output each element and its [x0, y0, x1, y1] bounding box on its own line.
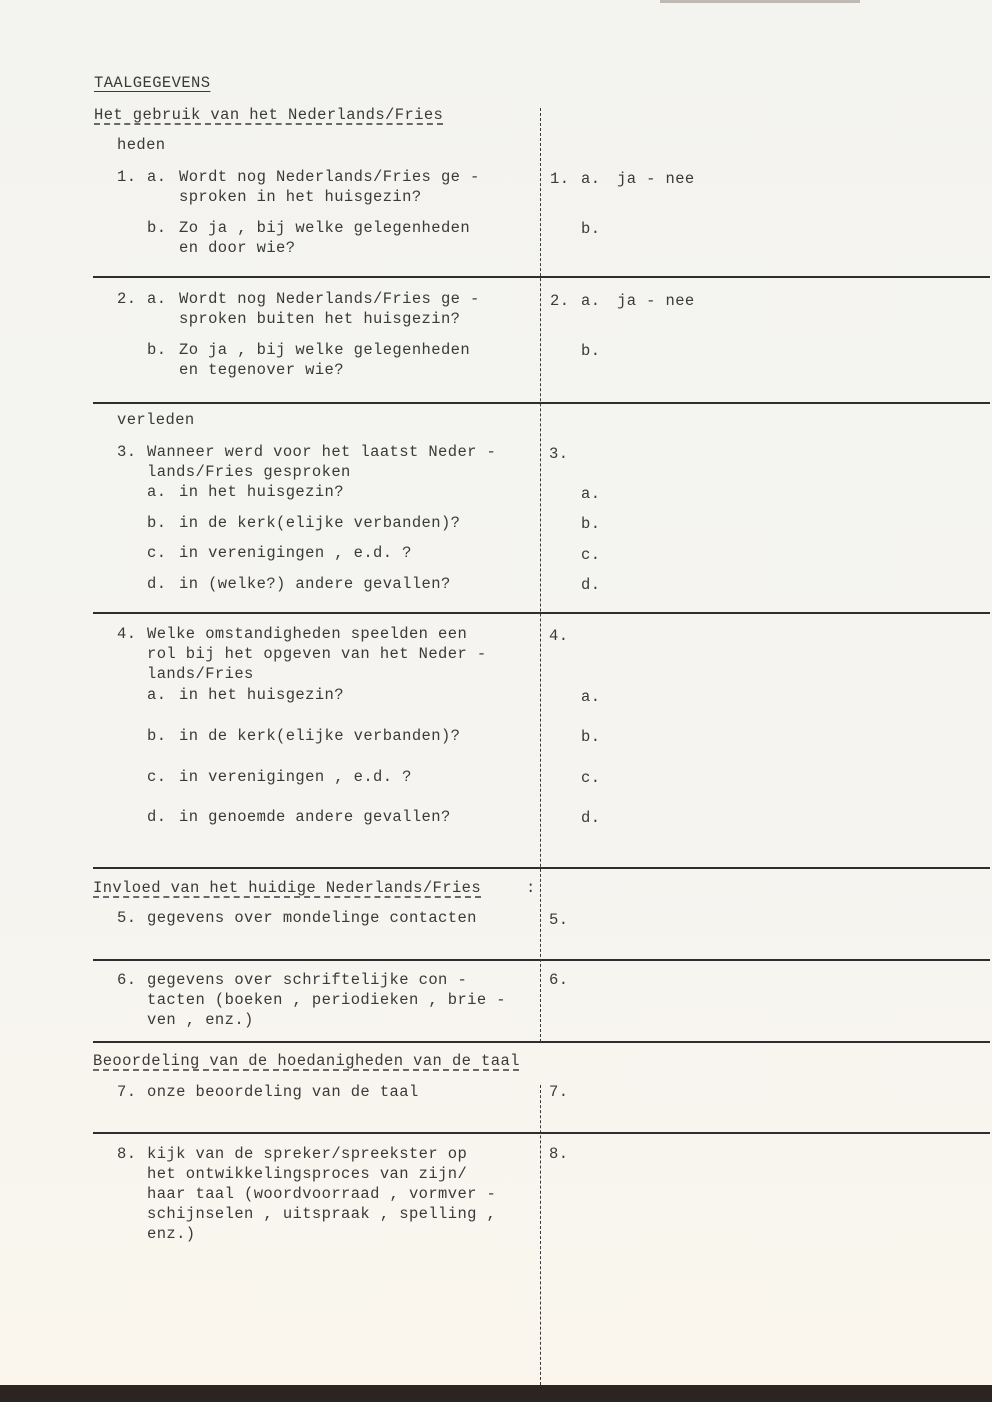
part-letter: b. [147, 340, 166, 360]
part-letter: b. [147, 218, 166, 238]
question-text: schijnselen , uitspraak , spelling , [147, 1204, 496, 1224]
answer-number: 6. [549, 970, 568, 990]
question-number: 5. [117, 908, 136, 928]
question-text: Wordt nog Nederlands/Fries ge - [179, 167, 480, 187]
answer-option-ja-nee[interactable]: ja - nee [617, 169, 695, 189]
part-letter: a. [147, 167, 166, 187]
answer-letter[interactable]: b. [581, 514, 600, 534]
question-number: 2. [117, 289, 136, 309]
question-number: 7. [117, 1082, 136, 1102]
part-letter: a. [147, 289, 166, 309]
page-edge-shadow [660, 0, 860, 3]
answer-letter[interactable]: a. [581, 484, 600, 504]
subsection-label-heden: heden [117, 135, 166, 155]
answer-number: 3. [549, 444, 568, 464]
question-text: ven , enz.) [147, 1010, 254, 1030]
question-text: lands/Fries [147, 664, 254, 684]
question-text: onze beoordeling van de taal [147, 1082, 419, 1102]
part-letter: d. [147, 807, 166, 827]
answer-letter[interactable]: c. [581, 768, 600, 788]
question-text: sproken in het huisgezin? [179, 187, 422, 207]
question-text: het ontwikkelingsproces van zijn/ [147, 1164, 467, 1184]
question-text: Zo ja , bij welke gelegenheden [179, 340, 470, 360]
answer-letter[interactable]: a. [581, 169, 600, 189]
document-page: TAALGEGEVENS Het gebruik van het Nederla… [0, 0, 992, 1385]
question-text: in verenigingen , e.d. ? [179, 767, 412, 787]
column-divider [540, 108, 542, 1042]
answer-option-ja-nee[interactable]: ja - nee [617, 291, 695, 311]
part-letter: a. [147, 685, 166, 705]
question-number: 8. [117, 1144, 136, 1164]
question-text: Zo ja , bij welke gelegenheden [179, 218, 470, 238]
part-letter: c. [147, 767, 166, 787]
scan-background [0, 1385, 992, 1402]
answer-number: 1. [550, 169, 569, 189]
document-title: TAALGEGEVENS [94, 73, 210, 93]
heading-colon: : [526, 878, 536, 898]
question-text: Welke omstandigheden speelden een [147, 624, 467, 644]
section-heading-influence: Invloed van het huidige Nederlands/Fries [93, 878, 481, 898]
question-text: in de kerk(elijke verbanden)? [179, 513, 460, 533]
question-text: en tegenover wie? [179, 360, 344, 380]
question-text: en door wie? [179, 238, 295, 258]
question-text: gegevens over mondelinge contacten [147, 908, 477, 928]
answer-letter[interactable]: a. [581, 291, 600, 311]
question-number: 3. [117, 442, 136, 462]
question-text: enz.) [147, 1224, 196, 1244]
answer-number: 7. [549, 1082, 568, 1102]
question-text: in (welke?) andere gevallen? [179, 574, 451, 594]
part-letter: c. [147, 543, 166, 563]
question-number: 4. [117, 624, 136, 644]
question-text: tacten (boeken , periodieken , brie - [147, 990, 506, 1010]
question-text: Wanneer werd voor het laatst Neder - [147, 442, 496, 462]
question-text: haar taal (woordvoorraad , vormver - [147, 1184, 496, 1204]
subsection-label-verleden: verleden [117, 410, 195, 430]
part-letter: b. [147, 726, 166, 746]
part-letter: b. [147, 513, 166, 533]
answer-letter[interactable]: b. [581, 219, 600, 239]
question-text: in het huisgezin? [179, 482, 344, 502]
question-text: kijk van de spreker/spreekster op [147, 1144, 467, 1164]
question-number: 1. [117, 167, 136, 187]
section-heading-assessment: Beoordeling van de hoedanigheden van de … [93, 1051, 520, 1071]
answer-letter[interactable]: c. [581, 545, 600, 565]
question-text: Wordt nog Nederlands/Fries ge - [179, 289, 480, 309]
answer-number: 4. [549, 626, 568, 646]
question-number: 6. [117, 970, 136, 990]
question-text: gegevens over schriftelijke con - [147, 970, 467, 990]
answer-letter[interactable]: a. [581, 687, 600, 707]
answer-letter[interactable]: d. [581, 808, 600, 828]
part-letter: d. [147, 574, 166, 594]
column-divider [540, 1085, 542, 1385]
answer-number: 2. [550, 291, 569, 311]
part-letter: a. [147, 482, 166, 502]
question-text: in de kerk(elijke verbanden)? [179, 726, 460, 746]
answer-letter[interactable]: d. [581, 575, 600, 595]
question-text: sproken buiten het huisgezin? [179, 309, 460, 329]
question-text: in verenigingen , e.d. ? [179, 543, 412, 563]
answer-letter[interactable]: b. [581, 341, 600, 361]
answer-number: 8. [549, 1144, 568, 1164]
question-text: in genoemde andere gevallen? [179, 807, 451, 827]
question-text: lands/Fries gesproken [147, 462, 351, 482]
question-text: in het huisgezin? [179, 685, 344, 705]
answer-letter[interactable]: b. [581, 727, 600, 747]
answer-number: 5. [549, 910, 568, 930]
question-text: rol bij het opgeven van het Neder - [147, 644, 487, 664]
section-heading-usage: Het gebruik van het Nederlands/Fries [94, 105, 443, 125]
